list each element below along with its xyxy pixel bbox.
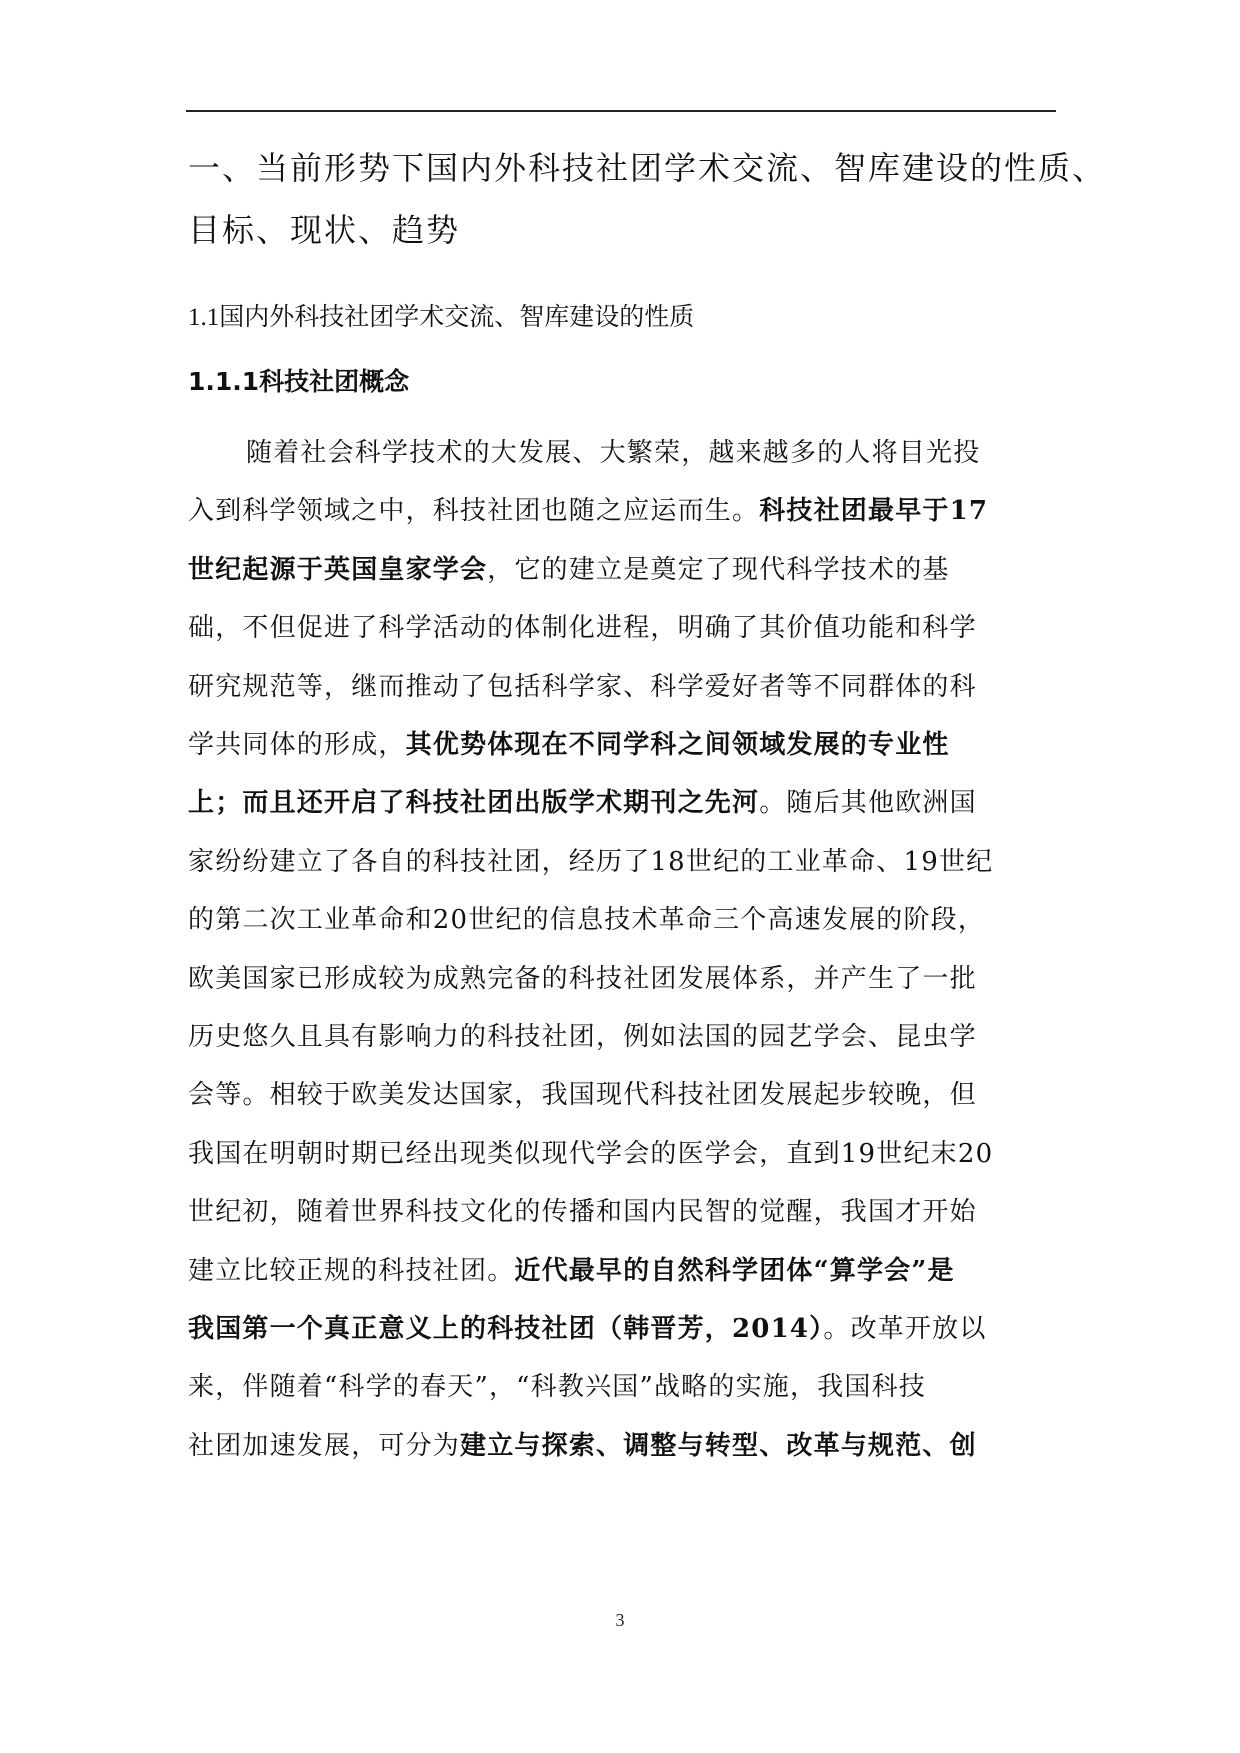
text-run: 。改革开放以 [823,1314,986,1344]
paragraph-line: 础，不但促进了科学活动的体制化进程，明确了其价值功能和科学 [188,607,977,644]
bold-text-run: 近代最早的自然科学团体“算学会”是 [514,1256,954,1286]
paragraph-line: 世纪初，随着世界科技文化的传播和国内民智的觉醒，我国才开始 [188,1191,977,1228]
text-run: 础，不但促进了科学活动的体制化进程，明确了其价值功能和科学 [188,613,977,643]
paragraph-line: 随着社会科学技术的大发展、大繁荣，越来越多的人将目光投 [246,432,980,469]
bold-text-run: 世纪起源于英国皇家学会 [188,555,487,585]
text-run: 会等。相较于欧美发达国家，我国现代科技社团发展起步较晚，但 [188,1080,977,1110]
paragraph-line: 来，伴随着“科学的春天”，“科教兴国”战略的实施，我国科技 [188,1366,926,1403]
text-run: ，它的建立是奠定了现代科学技术的基 [487,555,949,585]
paragraph-line: 我国第一个真正意义上的科技社团（韩晋芳，2014）。改革开放以 [188,1308,987,1345]
paragraph-line: 的第二次工业革命和20世纪的信息技术革命三个高速发展的阶段， [188,899,985,936]
paragraph-line: 家纷纷建立了各自的科技社团，经历了18世纪的工业革命、19世纪 [188,841,993,878]
subsection-heading: 1.1.1科技社团概念 [188,362,409,398]
bold-text-run: 其优势体现在不同学科之间领域发展的专业性 [406,730,950,760]
text-run: 欧美国家已形成较为成熟完备的科技社团发展体系，并产生了一批 [188,964,977,994]
text-run: 。随后其他欧洲国 [759,788,977,818]
paragraph-line: 建立比较正规的科技社团。近代最早的自然科学团体“算学会”是 [188,1250,955,1287]
text-run: 学共同体的形成， [188,730,406,760]
paragraph-line: 会等。相较于欧美发达国家，我国现代科技社团发展起步较晚，但 [188,1074,977,1111]
paragraph-line: 我国在明朝时期已经出现类似现代学会的医学会，直到19世纪末20 [188,1133,993,1170]
text-run: 随着社会科学技术的大发展、大繁荣，越来越多的人将目光投 [246,438,980,468]
text-run: 入到科学领域之中，科技社团也随之应运而生。 [188,496,759,526]
paragraph-line: 学共同体的形成，其优势体现在不同学科之间领域发展的专业性 [188,724,950,761]
paragraph-line: 上；而且还开启了科技社团出版学术期刊之先河。随后其他欧洲国 [188,782,977,819]
paragraph-line: 世纪起源于英国皇家学会，它的建立是奠定了现代科学技术的基 [188,549,950,586]
bold-text-run: 上；而且还开启了科技社团出版学术期刊之先河 [188,788,759,818]
text-run: 来，伴随着“科学的春天”，“科教兴国”战略的实施，我国科技 [188,1372,926,1402]
header-rule [186,110,1056,112]
text-run: 建立比较正规的科技社团。 [188,1256,514,1286]
chapter-heading-line-1: 一、当前形势下国内外科技社团学术交流、智库建设的性质、 [188,143,1106,189]
text-run: 历史悠久且具有影响力的科技社团，例如法国的园艺学会、昆虫学 [188,1022,977,1052]
paragraph-line: 社团加速发展，可分为建立与探索、调整与转型、改革与规范、创 [188,1425,977,1462]
text-run: 研究规范等，继而推动了包括科学家、科学爱好者等不同群体的科 [188,672,977,702]
bold-text-run: 建立与探索、调整与转型、改革与规范、创 [460,1431,977,1461]
text-run: 的第二次工业革命和20世纪的信息技术革命三个高速发展的阶段， [188,905,985,935]
bold-text-run: 科技社团最早于17 [759,496,988,526]
chapter-heading-line-2: 目标、现状、趋势 [188,205,460,251]
paragraph-line: 历史悠久且具有影响力的科技社团，例如法国的园艺学会、昆虫学 [188,1016,977,1053]
text-run: 社团加速发展，可分为 [188,1431,460,1461]
page-number: 3 [0,1610,1240,1631]
paragraph-line: 入到科学领域之中，科技社团也随之应运而生。科技社团最早于17 [188,490,988,527]
text-run: 家纷纷建立了各自的科技社团，经历了18世纪的工业革命、19世纪 [188,847,993,877]
paragraph-line: 研究规范等，继而推动了包括科学家、科学爱好者等不同群体的科 [188,666,977,703]
text-run: 我国在明朝时期已经出现类似现代学会的医学会，直到19世纪末20 [188,1139,993,1169]
bold-text-run: 我国第一个真正意义上的科技社团（韩晋芳，2014） [188,1314,823,1344]
paragraph-line: 欧美国家已形成较为成熟完备的科技社团发展体系，并产生了一批 [188,958,977,995]
document-page: 一、当前形势下国内外科技社团学术交流、智库建设的性质、 目标、现状、趋势 1.1… [0,0,1240,1753]
text-run: 世纪初，随着世界科技文化的传播和国内民智的觉醒，我国才开始 [188,1197,977,1227]
section-heading: 1.1国内外科技社团学术交流、智库建设的性质 [188,297,694,333]
